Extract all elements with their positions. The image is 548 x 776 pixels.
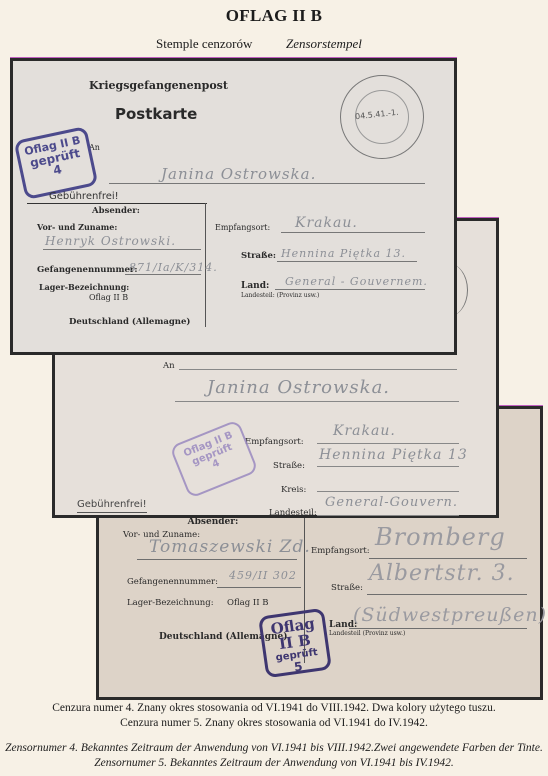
card-type: Postkarte bbox=[115, 105, 197, 123]
province-label: Landesteil (Provinz usw.) bbox=[329, 630, 405, 637]
province-value: General-Gouvern. bbox=[325, 495, 458, 510]
camp-label: Lager-Bezeichnung: bbox=[39, 282, 129, 292]
caption-pl-2: Cenzura numer 5. Znany okres stosowania … bbox=[0, 717, 548, 729]
sender-name-value: Tomaszewski Zd. bbox=[149, 537, 311, 557]
street-label: Straße: bbox=[331, 583, 363, 593]
street-label: Straße: bbox=[241, 251, 276, 261]
pow-number-value: 871/Ia/K/314. bbox=[129, 261, 218, 274]
subtitle-german: Zensorstempel bbox=[286, 36, 362, 52]
place-line bbox=[281, 232, 425, 233]
district-line bbox=[317, 491, 459, 492]
sender-name-line bbox=[137, 559, 297, 560]
street-value: Hennina Piętka 13 bbox=[319, 447, 468, 463]
country-line bbox=[349, 628, 527, 629]
street-line bbox=[367, 594, 527, 595]
place-line bbox=[317, 443, 459, 444]
recipient-value: Janina Ostrowska. bbox=[161, 165, 316, 183]
street-line bbox=[277, 261, 417, 262]
recipient-line bbox=[109, 183, 425, 184]
censor-stamp-4-violet: Oflag II B geprüft 4 bbox=[169, 419, 259, 499]
district-label: Kreis: bbox=[281, 485, 306, 495]
country-value: (Südwestpreußen) bbox=[353, 604, 547, 626]
province-line bbox=[317, 515, 459, 516]
fee-underline bbox=[77, 512, 147, 513]
sender-name-line bbox=[43, 249, 201, 250]
place-value: Bromberg bbox=[375, 523, 506, 551]
pow-number-label: Gefangenennummer: bbox=[127, 577, 218, 587]
country-label: Land: bbox=[241, 281, 269, 291]
pow-number-label: Gefangenennummer: bbox=[37, 265, 138, 275]
country-line bbox=[275, 289, 425, 290]
subtitle-polish: Stemple cenzorów bbox=[156, 36, 252, 52]
province-label: Landesteil: bbox=[269, 508, 317, 518]
camp-value: Oflag II B bbox=[227, 598, 269, 608]
card-header: Kriegsgefangenenpost bbox=[89, 79, 228, 92]
recipient-value: Janina Ostrowska. bbox=[207, 377, 390, 398]
street-line bbox=[317, 466, 459, 467]
caption-pl-1: Cenzura numer 4. Znany okres stosowania … bbox=[0, 702, 548, 714]
camp-label: Lager-Bezeichnung: bbox=[127, 598, 214, 608]
page-title: OFLAG II B bbox=[0, 6, 548, 26]
sender-top-rule bbox=[27, 203, 207, 204]
street-label: Straße: bbox=[273, 461, 305, 471]
censor-stamp-5: Oflag II B geprüft 5 bbox=[258, 608, 332, 679]
place-label: Empfangsort: bbox=[311, 546, 370, 556]
sender-name-value: Henryk Ostrowski. bbox=[45, 234, 176, 248]
place-value: Krakau. bbox=[333, 423, 396, 439]
to-label: An bbox=[163, 361, 175, 371]
fee-label: Gebührenfrei! bbox=[49, 191, 119, 202]
sender-heading: Absender: bbox=[123, 517, 303, 527]
caption-de-2: Zensornumer 5. Bekanntes Zeitraum der An… bbox=[0, 757, 548, 769]
postcard-1: Kriegsgefangenenpost Postkarte 04.5.41.-… bbox=[10, 58, 457, 355]
sender-name-label: Vor- und Zuname: bbox=[37, 222, 117, 232]
place-label: Empfangsort: bbox=[215, 223, 270, 232]
postmark: 04.5.41.-1. bbox=[340, 75, 424, 159]
place-value: Krakau. bbox=[295, 215, 358, 231]
pow-number-line bbox=[217, 587, 301, 588]
street-value: Albertstr. 3. bbox=[369, 561, 515, 586]
sender-country: Deutschland (Allemagne) bbox=[69, 317, 190, 327]
sender-heading: Absender: bbox=[27, 206, 205, 216]
censor-stamp-4-blue: Oflag II B geprüft 4 bbox=[14, 126, 99, 200]
pow-number-value: 459/II 302 bbox=[229, 569, 297, 582]
pow-number-line bbox=[125, 274, 201, 275]
place-line bbox=[369, 558, 527, 559]
country-value: General - Gouvernem. bbox=[285, 275, 428, 288]
to-line bbox=[179, 369, 457, 370]
camp-value: Oflag II B bbox=[89, 293, 128, 302]
caption-de-1: Zensornumer 4. Bekanntes Zeitraum der An… bbox=[0, 742, 548, 754]
province-label: Landesteil: (Provinz usw.) bbox=[241, 292, 319, 299]
fee-label: Gebührenfrei! bbox=[77, 499, 147, 510]
street-value: Hennina Piętka 13. bbox=[281, 247, 406, 260]
recipient-line bbox=[175, 401, 459, 402]
place-label: Empfangsort: bbox=[245, 437, 304, 447]
